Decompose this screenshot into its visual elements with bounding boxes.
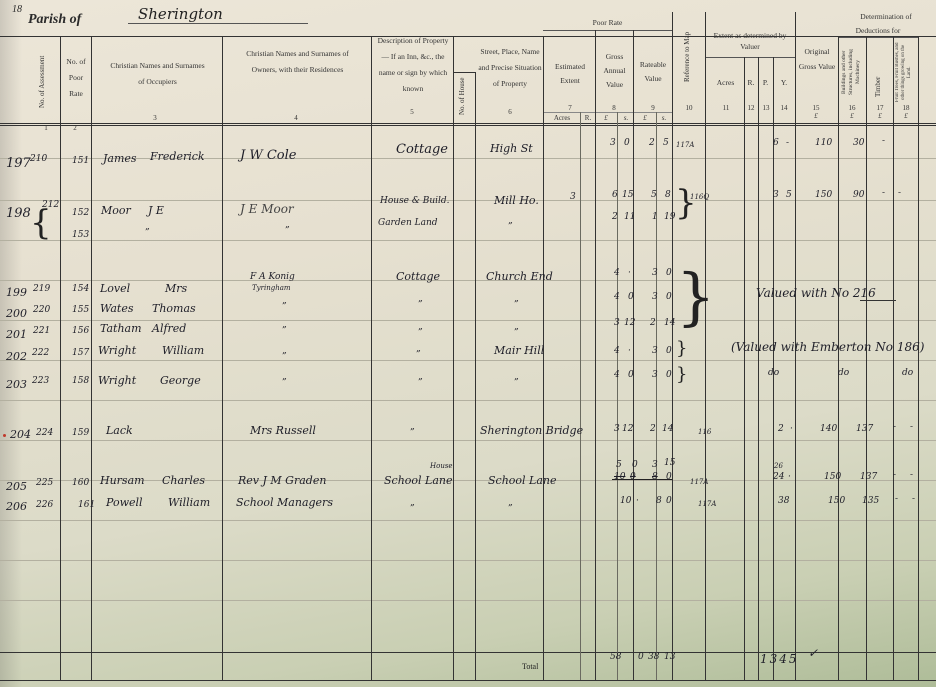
poor-rate-no: 156 [72, 326, 89, 336]
description-ditto: ” [410, 504, 415, 514]
col-number: 1 [36, 124, 56, 132]
acres: 6 [773, 138, 779, 148]
header-occupiers: Christian Names and Surnames of Occupier… [110, 58, 205, 90]
description: Cottage [396, 270, 440, 283]
situation-ditto: ” [508, 222, 513, 232]
fruit-deduction: - [898, 188, 901, 198]
occupier-surname: Wates [100, 302, 133, 315]
buildings-deduction: 30 [853, 138, 864, 148]
unit-pound: £ [596, 114, 616, 122]
brace-icon: } [676, 266, 715, 328]
col-number: 17 [870, 104, 890, 112]
header-description: Description of Property— If an Inn, &c.,… [374, 33, 452, 97]
acres-note: 26 [774, 462, 783, 470]
note-underline [860, 300, 896, 301]
assessment-no: 201 [6, 328, 27, 341]
col-rule [672, 12, 673, 680]
col-number: 3 [145, 114, 165, 122]
rateable-pounds: 3 [652, 268, 658, 278]
gross-pounds: 4 [614, 268, 620, 278]
header-buildings: Buildings and other Structures, includin… [841, 40, 863, 104]
description-ditto: ” [418, 300, 423, 310]
occupier-forename: William [168, 496, 210, 509]
col-rule [866, 37, 867, 680]
occupier-surname: Hursam [100, 474, 145, 487]
rateable-shillings: 8 [665, 190, 671, 200]
prev-assessment-no: 223 [32, 376, 49, 386]
col-number: 8 [604, 104, 624, 112]
gross-pounds: 3 [614, 424, 620, 434]
header-rateable-value: Rateable Value [635, 58, 671, 86]
gross-pounds: 2 [612, 212, 618, 222]
header-perches: P. [758, 76, 773, 89]
red-dot-mark [3, 434, 6, 437]
description: School Lane [384, 474, 453, 487]
poor-rate-no: 159 [72, 428, 89, 438]
description-ditto: ” [410, 428, 415, 438]
assessment-no: 204 [10, 428, 31, 441]
col-rule [222, 36, 223, 680]
poor-rate-no: 153 [72, 230, 89, 240]
rateable-pounds: 2 [650, 424, 656, 434]
roods: 5 [786, 190, 792, 200]
gross-shillings: · [628, 346, 631, 356]
col-rule [371, 36, 372, 680]
prev-assessment-no: 224 [36, 428, 53, 438]
assessment-no: 198 [6, 206, 31, 221]
col-rule [595, 30, 596, 680]
header-poor-rate-group: Poor Rate [543, 16, 672, 29]
description-ditto: ” [418, 378, 423, 388]
rateable-shillings: 0 [666, 268, 672, 278]
col-rule [838, 37, 839, 680]
gross-pounds: 4 [614, 292, 620, 302]
description-ditto: ” [416, 350, 421, 360]
owner: Rev J M Graden [238, 474, 326, 487]
estimated-acres: 3 [570, 192, 576, 202]
gross-shillings: 11 [624, 212, 635, 222]
timber-deduction: - [882, 136, 885, 146]
poor-rate-no: 151 [72, 156, 89, 166]
owner: Mrs Russell [250, 424, 316, 437]
col-number: 18 [896, 104, 916, 112]
gross-shillings: 15 [622, 190, 633, 200]
poor-rate-no: 154 [72, 284, 89, 294]
occupier-forename: Alfred [152, 322, 186, 335]
description-note: House [430, 462, 453, 470]
gross-shillings: 12 [622, 424, 633, 434]
brace-icon: } [675, 186, 697, 220]
rateable-pounds: 3 [652, 370, 658, 380]
unit-shilling: s. [616, 114, 636, 122]
roods: · [788, 472, 791, 482]
header-timber: Timber [874, 70, 886, 104]
rateable-pounds-struck: 8 [652, 472, 658, 482]
header-yards: Y. [773, 76, 795, 89]
occupier-forename: Frederick [150, 150, 205, 163]
rateable-pounds: 8 [656, 496, 662, 506]
fruit-deduction: - [912, 494, 915, 504]
header-situation: Street, Place, Name and Precise Situatio… [478, 44, 542, 92]
gross-shillings-struck: 0 [630, 472, 636, 482]
acres: 3 [773, 190, 779, 200]
col-rule [475, 72, 476, 680]
poor-rate-no: 161 [78, 500, 95, 510]
original-gross: 150 [815, 190, 832, 200]
buildings-deduction: 135 [862, 496, 879, 506]
prev-assessment-no: 226 [36, 500, 53, 510]
assessment-no: 199 [6, 286, 27, 299]
map-ref: 116 [698, 428, 711, 436]
owner-ditto: ” [285, 226, 290, 236]
assessment-no: 197 [6, 156, 31, 171]
parish-label: Parish of [28, 12, 81, 28]
occupier-forename: George [160, 374, 201, 387]
occupier-forename: Thomas [152, 302, 196, 315]
poor-rate-group-rule [543, 30, 673, 31]
col-number: 11 [716, 104, 736, 112]
unit-pound: £ [806, 112, 826, 120]
col-number: 10 [679, 104, 699, 112]
check-mark-icon: ✓ [808, 646, 818, 660]
original-gross: 150 [824, 472, 841, 482]
gross-shillings: · [628, 268, 631, 278]
units-rule [543, 112, 673, 113]
gross-shillings: 0 [624, 138, 630, 148]
rateable-shillings: 0 [666, 370, 672, 380]
rateable-shillings: 14 [664, 318, 675, 328]
rateable-shillings: 19 [664, 212, 675, 222]
original-gross: 150 [828, 496, 845, 506]
col-rule [758, 57, 759, 680]
total-gross-shillings: 0 [638, 652, 644, 662]
gross-shillings: · [636, 496, 639, 506]
rate-book-page: 18 Parish of Sherington No. of Assessme [0, 0, 936, 687]
total-gross-pounds: 58 [610, 652, 621, 662]
fruit-deduction: - [910, 422, 913, 432]
situation: Sherington Bridge [480, 424, 583, 437]
description: Garden Land [378, 218, 438, 228]
description: House & Build. [380, 196, 450, 206]
situation: High St [490, 142, 533, 155]
col-number: 14 [774, 104, 794, 112]
parish-name: Sherington [128, 5, 308, 24]
col-number: 16 [842, 104, 862, 112]
timber-deduction: - [893, 470, 896, 480]
occupier-surname: Powell [106, 496, 143, 509]
occupier-surname: Lack [106, 424, 133, 437]
col-rule [543, 36, 544, 680]
rateable-shillings: 14 [662, 424, 673, 434]
gross-pounds: 3 [614, 318, 620, 328]
rateable-pounds: 2 [649, 138, 655, 148]
page-number: 18 [12, 4, 22, 15]
assessment-no: 202 [6, 350, 27, 363]
header-map-ref: Reference to Map [683, 22, 695, 92]
rateable-pounds: 3 [652, 460, 658, 470]
original-gross: 140 [820, 424, 837, 434]
col-number: 9 [643, 104, 663, 112]
occupier-surname: Wright [98, 374, 136, 387]
unit-pound: £ [635, 114, 655, 122]
map-ref: 117A [690, 478, 708, 486]
header-fruit-trees: Fruit Trees, Fruit Bushes, and other thi… [895, 40, 917, 104]
header-deductions-group: Deductions for [838, 24, 918, 37]
occupier-ditto: ” [145, 228, 150, 238]
occupier-forename: William [162, 344, 204, 357]
col-rule [918, 37, 919, 680]
col-rule [453, 36, 454, 680]
owner-ditto: ” [282, 326, 287, 336]
buildings-deduction: 90 [853, 190, 864, 200]
occupier-forename: Mrs [165, 282, 187, 295]
fruit-deduction: - [910, 470, 913, 480]
rateable-pounds: 5 [651, 190, 657, 200]
poor-rate-no: 155 [72, 305, 89, 315]
note-valued-with-216: Valued with No 216 [756, 286, 876, 300]
prev-assessment-no: 210 [30, 154, 47, 164]
header-roods: R. [744, 76, 758, 89]
total-rateable-pounds: 38 [648, 652, 659, 662]
gross-pounds: 4 [614, 370, 620, 380]
rateable-pounds: 3 [652, 292, 658, 302]
brace-icon: { [30, 206, 52, 240]
timber-deduction: - [895, 494, 898, 504]
owner-ditto: ” [282, 378, 287, 388]
total-label: Total [522, 662, 538, 671]
prev-assessment-no: 225 [36, 478, 53, 488]
ditto-mark: do [838, 368, 849, 378]
rateable-shillings: 0 [666, 496, 672, 506]
original-gross: 110 [815, 138, 832, 148]
gross-shillings: 0 [628, 292, 634, 302]
poor-rate-no: 158 [72, 376, 89, 386]
unit-pound: £ [896, 112, 916, 120]
situation: School Lane [488, 474, 557, 487]
col-rule [60, 36, 61, 680]
prev-assessment-no: 212 [42, 200, 59, 210]
description: Cottage [396, 142, 448, 157]
unit-pound: £ [842, 112, 862, 120]
gross-pounds-struck: 10 [614, 472, 625, 482]
col-rule [580, 112, 581, 680]
note-valued-with-emberton: (Valued with Emberton No 186) [731, 340, 924, 354]
map-ref: 117A [676, 141, 694, 149]
ditto-mark: do [902, 368, 913, 378]
occupier-surname: Tatham [100, 322, 142, 335]
rateable-pounds: 2 [650, 318, 656, 328]
ditto-mark: do [768, 368, 779, 378]
header-assessment-no: No. of Assessment [38, 52, 50, 112]
unit-pound: £ [870, 112, 890, 120]
roods: · [790, 424, 793, 434]
col-number: 6 [500, 108, 520, 116]
rateable-pounds: 3 [652, 346, 658, 356]
assessment-no: 203 [6, 378, 27, 391]
owner-ditto: ” [282, 302, 287, 312]
situation-ditto: ” [514, 300, 519, 310]
gross-pounds: 10 [620, 496, 631, 506]
header-determination-group: Determination of [838, 10, 934, 23]
roods: - [786, 138, 789, 148]
header-extent-group: Extent as determined by Valuer [707, 30, 793, 52]
unit-roods: R. [578, 114, 598, 122]
buildings-deduction: 137 [860, 472, 877, 482]
house-no-rule [453, 72, 475, 73]
occupier-forename: J E [148, 204, 164, 217]
total-original-gross: 1345 [760, 652, 799, 666]
owner: J W Cole [240, 148, 296, 163]
col-number: 13 [756, 104, 776, 112]
buildings-deduction: 137 [856, 424, 873, 434]
prev-assessment-no: 220 [33, 305, 50, 315]
situation: Mill Ho. [494, 194, 539, 207]
situation-ditto: ” [514, 378, 519, 388]
acres: 38 [778, 496, 789, 506]
owner-residence: Tyringham [252, 284, 291, 292]
total-rateable-shillings: 13 [664, 652, 675, 662]
brace-icon: } [676, 340, 687, 358]
deductions-group-rule [838, 37, 918, 38]
gross-pounds: 6 [612, 190, 618, 200]
situation: Mair Hill [494, 344, 544, 357]
col-rule [91, 36, 92, 680]
occupier-surname: Moor [101, 204, 131, 217]
acres: 2 [778, 424, 784, 434]
col-rule [705, 12, 706, 680]
extent-group-rule [705, 57, 795, 58]
owner: School Managers [236, 496, 333, 509]
col-rule [744, 57, 745, 680]
prev-assessment-no: 221 [33, 326, 50, 336]
gross-shillings: 12 [624, 318, 635, 328]
map-ref: 116Q [690, 193, 709, 201]
assessment-no: 205 [6, 480, 27, 493]
header-gross-annual-value: Gross Annual Value [597, 50, 632, 92]
parish-header: 18 Parish of Sherington [10, 2, 300, 28]
rateable-shillings: 0 [666, 346, 672, 356]
description-ditto: ” [418, 328, 423, 338]
strikethrough-line [612, 479, 672, 480]
poor-rate-no: 157 [72, 348, 89, 358]
total-bottom-rule [0, 680, 936, 681]
brace-icon: } [676, 366, 687, 384]
col-number: 4 [286, 114, 306, 122]
occupier-surname: Wright [98, 344, 136, 357]
owner-ditto: ” [282, 352, 287, 362]
occupier-forename: Charles [162, 474, 205, 487]
header-poor-rate-no: No. of Poor Rate [62, 54, 90, 102]
owner: F A Konig [250, 272, 295, 282]
rateable-pounds: 1 [652, 212, 658, 222]
col-rule [633, 30, 634, 680]
header-house-no: No. of House [458, 74, 470, 118]
unit-acres: Acres [552, 114, 572, 122]
col-number: 7 [560, 104, 580, 112]
rateable-shillings: 15 [664, 458, 675, 468]
gross-shillings: 0 [628, 370, 634, 380]
rateable-shillings: 5 [663, 138, 669, 148]
col-number: 2 [65, 124, 85, 132]
timber-deduction: - [882, 188, 885, 198]
header-owners: Christian Names and Surnames of Owners, … [245, 46, 350, 78]
prev-assessment-no: 222 [32, 348, 49, 358]
page-edge-shadow [0, 0, 22, 687]
timber-deduction: - [893, 422, 896, 432]
gross-pounds: 4 [614, 346, 620, 356]
situation-ditto: ” [514, 328, 519, 338]
occupier-surname: Lovel [100, 282, 130, 295]
owner: J E Moor [240, 202, 294, 216]
col-number: 5 [402, 108, 422, 116]
situation-ditto: ” [508, 504, 513, 514]
header-acres: Acres [707, 76, 744, 89]
prev-assessment-no: 219 [33, 284, 50, 294]
poor-rate-no: 160 [72, 478, 89, 488]
unit-shilling: s. [654, 114, 674, 122]
rateable-shillings-struck: 0 [666, 472, 672, 482]
gross-pounds: 5 [616, 460, 622, 470]
header-original-gross: Original Gross Value [797, 44, 837, 74]
acres: 24 [773, 472, 784, 482]
assessment-no: 200 [6, 307, 27, 320]
situation: Church End [486, 270, 553, 283]
gross-pounds: 3 [610, 138, 616, 148]
map-ref: 117A [698, 500, 716, 508]
assessment-no: 206 [6, 500, 27, 513]
poor-rate-no: 152 [72, 208, 89, 218]
header-estimated-extent: Estimated Extent [546, 60, 594, 88]
occupier-surname: James [103, 152, 137, 165]
rateable-shillings: 0 [666, 292, 672, 302]
col-number: 15 [806, 104, 826, 112]
col-rule [893, 37, 894, 680]
gross-shillings: 0 [632, 460, 638, 470]
